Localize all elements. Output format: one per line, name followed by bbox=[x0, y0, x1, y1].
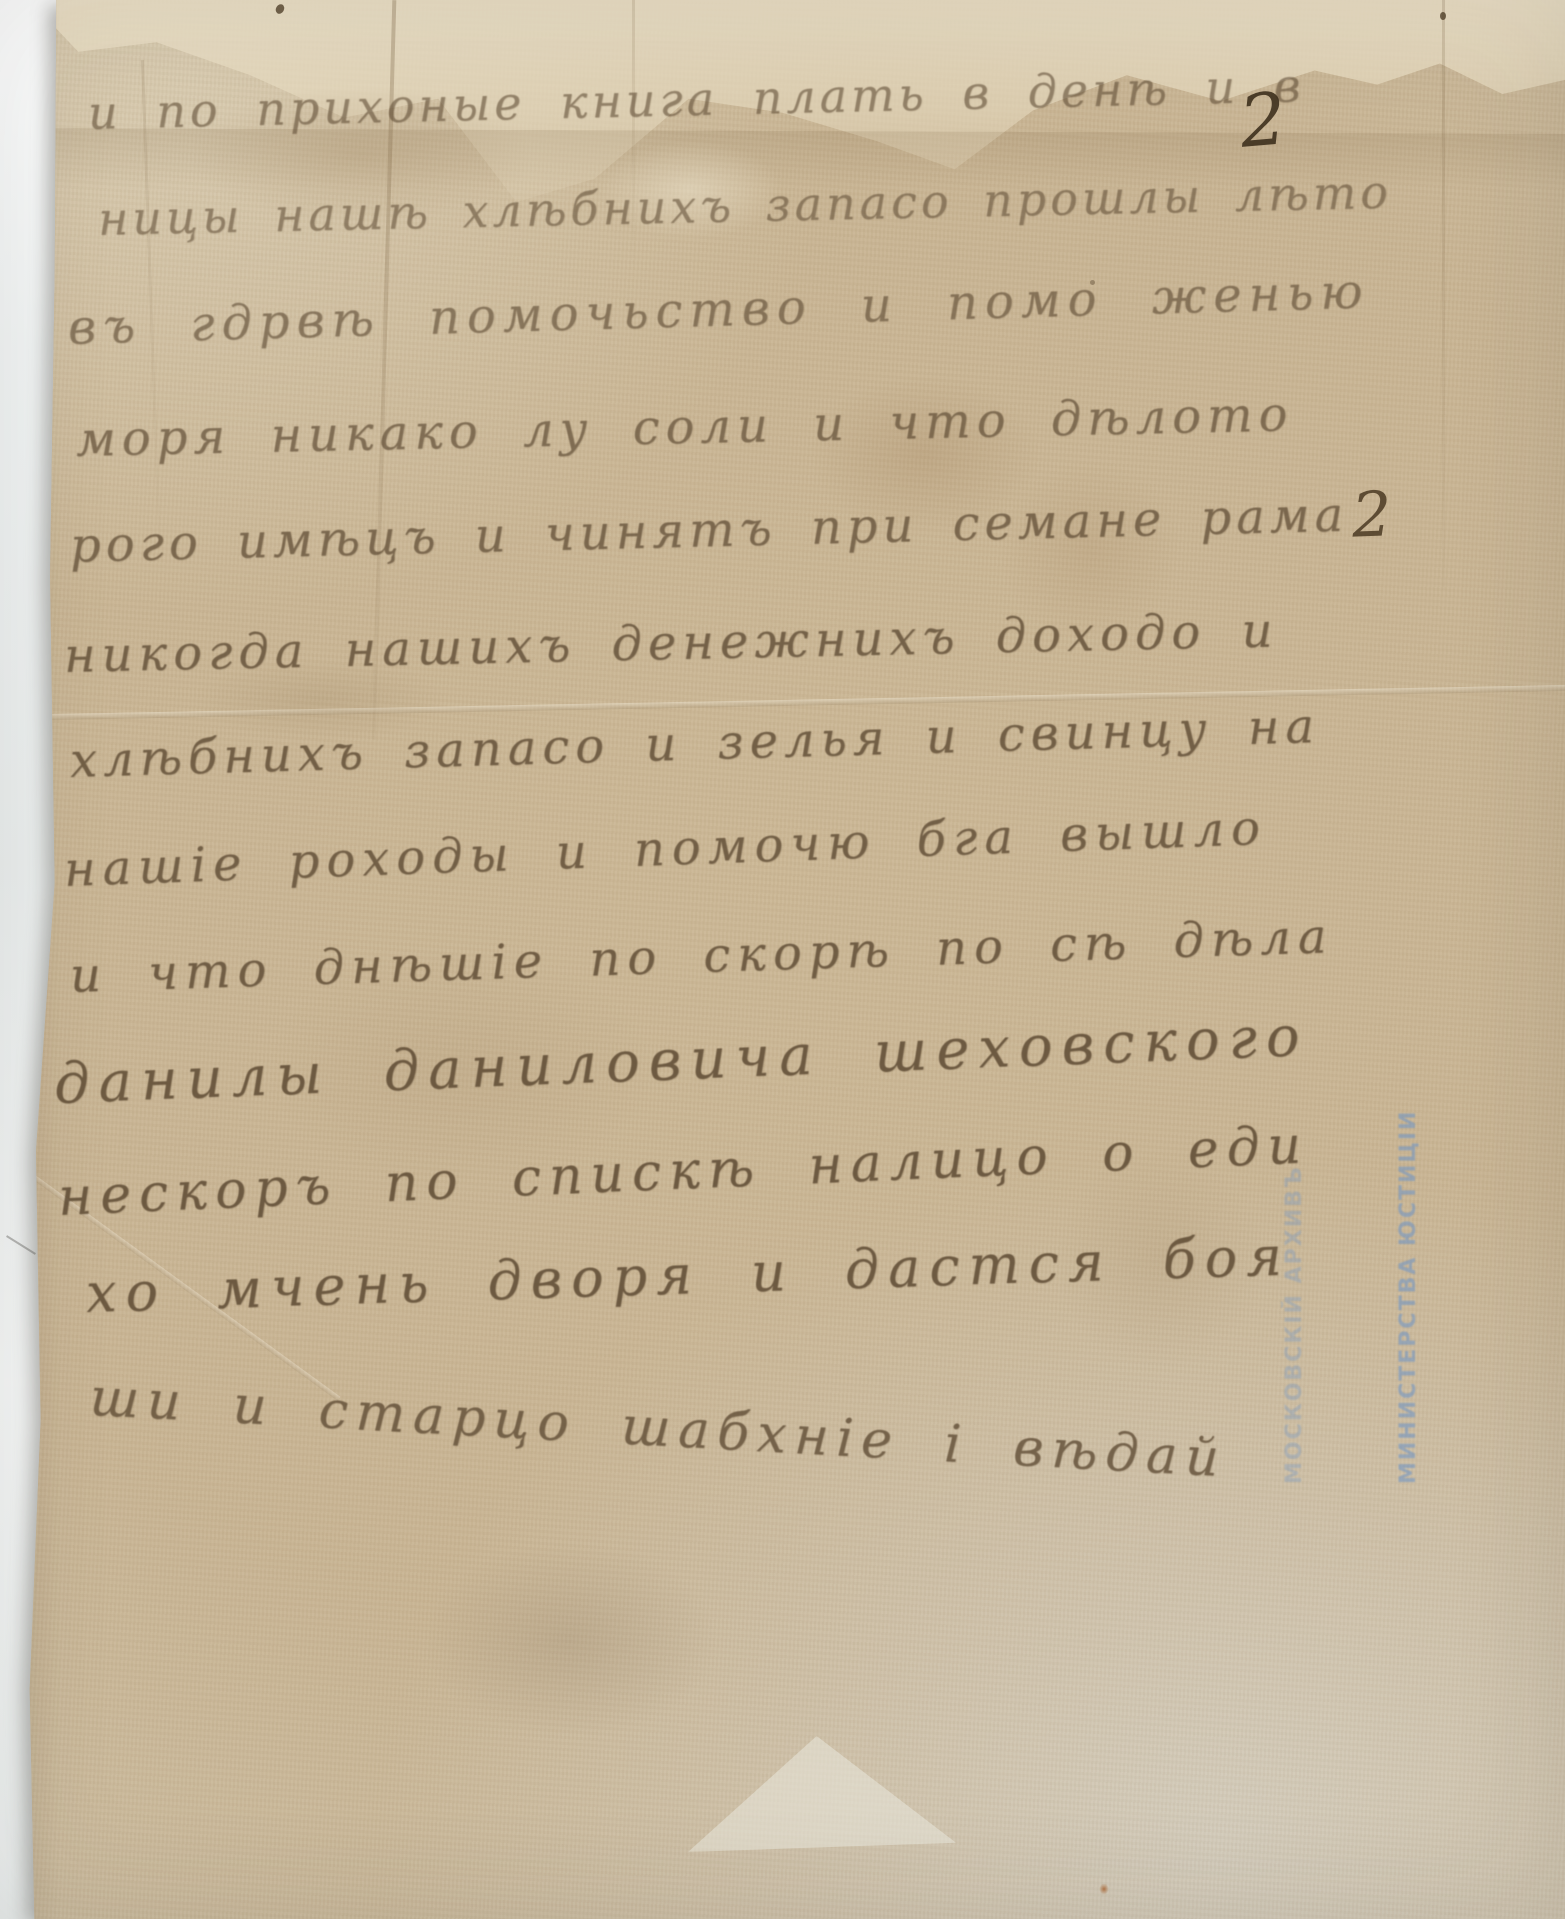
manuscript-line: хо мчень дворя и дастся боя bbox=[85, 1224, 1292, 1325]
manuscript-line: рого имѣцъ и чинятъ при семане рама bbox=[69, 487, 1349, 574]
manuscript-line: моря никако лу соли и что дѣлото bbox=[75, 387, 1294, 468]
manuscript-line: и по прихоные книга плать в денѣ и в bbox=[87, 58, 1305, 140]
rust-spot bbox=[1098, 1882, 1110, 1896]
manuscript-line: ши и старцо шабхніе і вѣдай bbox=[88, 1368, 1228, 1489]
manuscript-paper-wrap: и по прихоные книга плать в денѣ и в ниц… bbox=[0, 0, 1565, 1919]
repair-patch bbox=[688, 1736, 956, 1852]
manuscript-photo: и по прихоные книга плать в денѣ и в ниц… bbox=[0, 0, 1565, 1919]
folio-number: 2 bbox=[1351, 477, 1393, 551]
manuscript-line: нескоръ по спискѣ налицо о еди bbox=[57, 1116, 1310, 1228]
manuscript-line: нашіе роходы и помочю бга вышло bbox=[63, 800, 1268, 898]
ink-speck bbox=[274, 3, 286, 16]
stain bbox=[360, 1500, 780, 1780]
ink-speck bbox=[1090, 280, 1095, 285]
crease-line bbox=[0, 685, 1565, 721]
stain bbox=[1010, 1100, 1310, 1420]
manuscript-line: данилы даниловича шеховского bbox=[53, 1004, 1310, 1117]
torn-top-edge bbox=[0, 0, 1565, 235]
ink-speck bbox=[1440, 12, 1446, 20]
crease-line bbox=[141, 60, 162, 580]
folio-number: 2 bbox=[1236, 76, 1289, 164]
crease-line bbox=[0, 1144, 340, 1401]
manuscript-line: ницы нашѣ хлѣбнихъ запасо прошлы лѣто bbox=[97, 165, 1392, 246]
archive-stamp-line: МОСКОВСКІЙ АРХИВЪ bbox=[1282, 1092, 1307, 1484]
stain bbox=[180, 900, 740, 1240]
archive-stamp-line: МИНИСТЕРСТВА ЮСТИЦІИ bbox=[1396, 1092, 1421, 1484]
manuscript-line: и что днѣшіе по скорѣ по сѣ дѣла bbox=[69, 908, 1334, 1004]
tear-shadow bbox=[0, 128, 1565, 188]
crease-line bbox=[372, 0, 397, 740]
manuscript-line: никогда нашихъ денежнихъ доходо и bbox=[63, 603, 1279, 684]
stain bbox=[760, 340, 1090, 570]
archive-stamp: МОСКОВСКІЙ АРХИВЪ МИНИСТЕРСТВА ЮСТИЦІИ bbox=[1268, 1092, 1468, 1484]
manuscript-line: въ гдрвѣ помочьство и помо женью bbox=[67, 264, 1370, 356]
manuscript-line: хлѣбнихъ запасо и зелья и свинцу на bbox=[69, 698, 1320, 789]
stain bbox=[120, 60, 600, 250]
crease-line bbox=[632, 0, 635, 270]
stain bbox=[140, 640, 500, 760]
crease-line bbox=[1442, 0, 1445, 590]
stain bbox=[560, 120, 820, 260]
stain bbox=[960, 420, 1220, 680]
manuscript-page: и по прихоные книга плать в денѣ и в ниц… bbox=[0, 0, 1565, 1919]
